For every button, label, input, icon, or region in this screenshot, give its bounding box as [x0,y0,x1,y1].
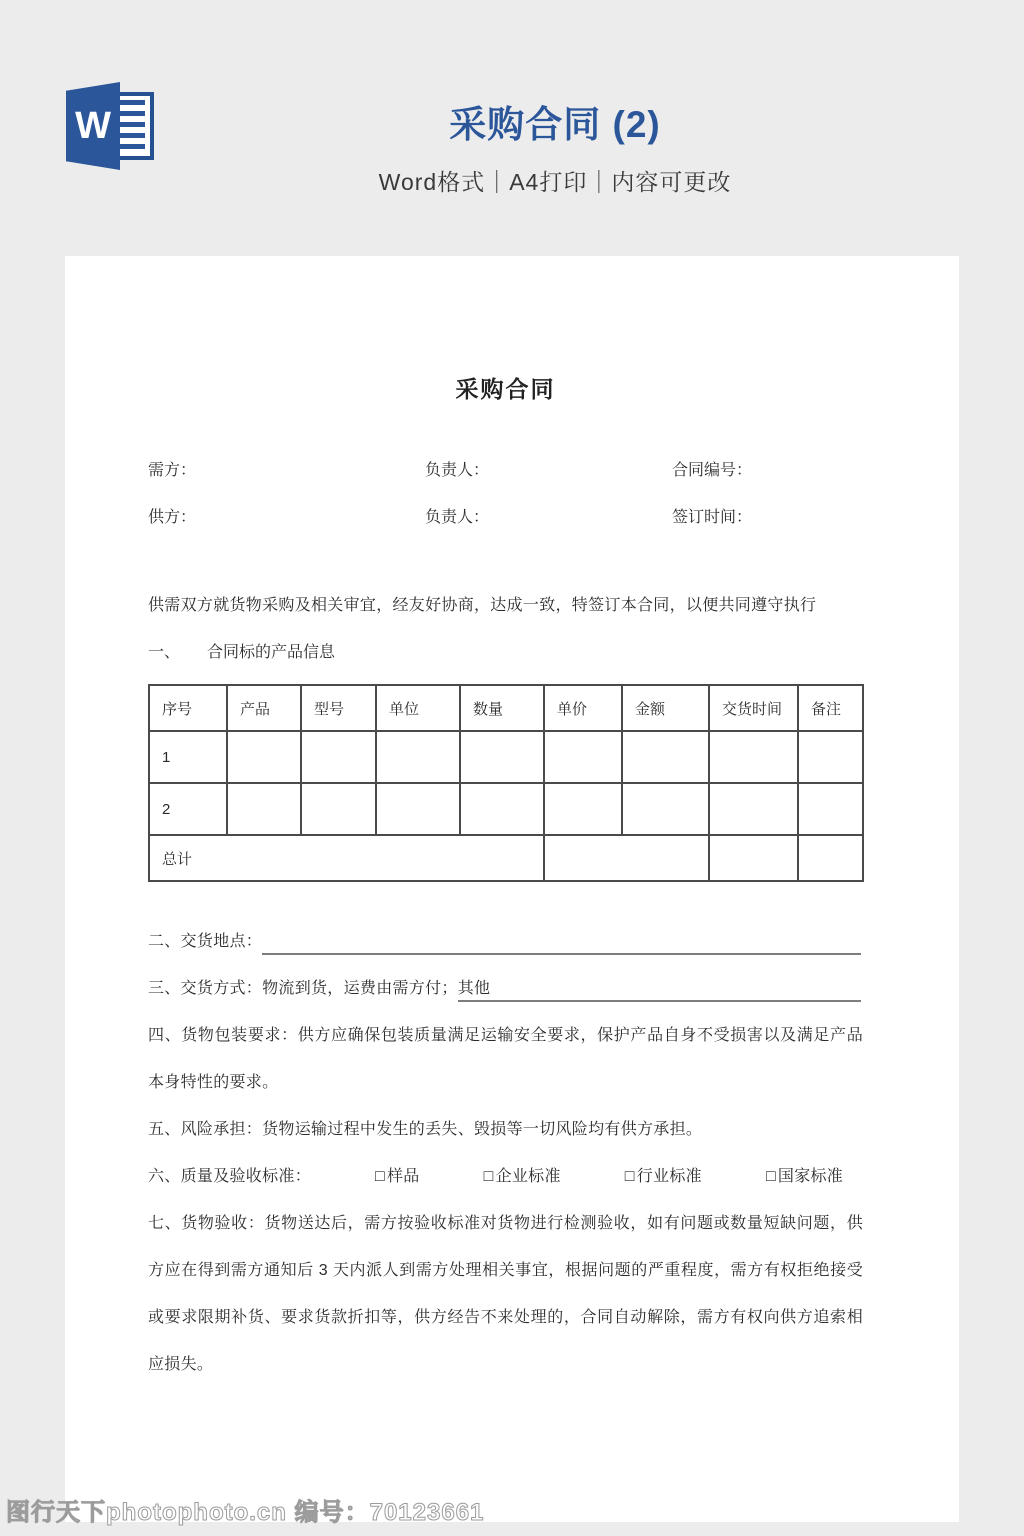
table-header-cell: 数量 [460,685,544,731]
table-cell [622,783,709,835]
document-content: 采购合同 需方： 负责人： 合同编号： 供方： 负责人： 签订时间： 供需双方就… [65,256,959,1388]
table-cell [709,731,798,783]
table-row: 2 [149,783,863,835]
table-header-cell: 金额 [622,685,709,731]
table-cell [798,783,863,835]
check-option-label: 样品 [387,1168,420,1185]
section-6-label: 六、质量及验收标准： [148,1153,311,1200]
check-option-label: 国家标准 [778,1168,843,1185]
table-cell [709,835,798,881]
check-option-sample: □样品 [375,1153,420,1200]
table-header-cell: 序号 [149,685,227,731]
table-cell [709,783,798,835]
table-header-cell: 单位 [376,685,460,731]
table-header-cell: 备注 [798,685,863,731]
row-number-cell: 2 [149,783,227,835]
document-page: 采购合同 需方： 负责人： 合同编号： 供方： 负责人： 签订时间： 供需双方就… [65,256,959,1522]
checkbox-icon: □ [625,1168,635,1185]
intro-paragraph: 供需双方就货物采购及相关审宜，经友好协商，达成一致，特签订本合同，以便共同遵守执… [148,595,863,617]
table-header-cell: 单价 [544,685,622,731]
page-subtitle: Word格式｜A4打印｜内容可更改 [86,164,1024,197]
table-cell [301,783,376,835]
section-1-heading: 一、 合同标的产品信息 [148,642,863,664]
table-cell [376,731,460,783]
checkbox-icon: □ [766,1168,776,1185]
table-total-row: 总计 [149,835,863,881]
section-1-number: 一、 [148,642,180,664]
row-number-cell: 1 [149,731,227,783]
check-option-label: 企业标准 [496,1168,561,1185]
table-cell [301,731,376,783]
section-2-label: 二、交货地点： [148,918,262,965]
table-cell [227,783,301,835]
doc-title: 采购合同 [148,256,863,404]
table-cell [460,731,544,783]
section-3: 三、交货方式：物流到货，运费由需方付； 其他 [148,965,863,1012]
table-cell [544,783,622,835]
contract-fields: 需方： 负责人： 合同编号： 供方： 负责人： 签订时间： [148,460,863,529]
check-option-industry: □行业标准 [625,1153,702,1200]
total-label-cell: 总计 [149,835,544,881]
checkbox-icon: □ [484,1168,494,1185]
field-sign-time-label: 签订时间： [672,507,863,529]
field-contract-number-label: 合同编号： [672,460,863,482]
check-option-enterprise: □企业标准 [484,1153,561,1200]
header: 采购合同 (2) Word格式｜A4打印｜内容可更改 [86,94,1024,197]
table-cell [376,783,460,835]
total-amount-cell [544,835,709,881]
product-table: 序号 产品 型号 单位 数量 单价 金额 交货时间 备注 1 [148,684,864,882]
contract-clauses: 二、交货地点： 三、交货方式：物流到货，运费由需方付； 其他 四、货物包装要求：… [148,918,863,1388]
check-option-label: 行业标准 [637,1168,702,1185]
page-title: 采购合同 (2) [86,94,1024,148]
section-5-paragraph: 五、风险承担：货物运输过程中发生的丢失、毁损等一切风险均有供方承担。 [148,1106,863,1153]
section-3-label: 三、交货方式：物流到货，运费由需方付； [148,965,458,1012]
table-cell [544,731,622,783]
watermark-text: 图行天下photophoto.cn 编号：70123661 [6,1492,484,1527]
section-7-paragraph: 七、货物验收：货物送达后，需方按验收标准对货物进行检测验收，如有问题或数量短缺问… [148,1200,863,1388]
section-6: 六、质量及验收标准： □样品 □企业标准 □行业标准 □国家标准 [148,1153,863,1200]
check-option-national: □国家标准 [766,1153,843,1200]
table-cell [798,835,863,881]
field-manager2-label: 负责人： [425,507,672,529]
section-1-title: 合同标的产品信息 [207,642,335,664]
section-4-paragraph: 四、货物包装要求：供方应确保包装质量满足运输安全要求，保护产品自身不受损害以及满… [148,1012,863,1106]
fields-row-2: 供方： 负责人： 签订时间： [148,507,863,529]
table-header-cell: 产品 [227,685,301,731]
blank-underline [262,918,863,965]
field-supplier-label: 供方： [148,507,425,529]
table-cell [798,731,863,783]
table-header-row: 序号 产品 型号 单位 数量 单价 金额 交货时间 备注 [149,685,863,731]
fields-row-1: 需方： 负责人： 合同编号： [148,460,863,482]
table-row: 1 [149,731,863,783]
table-cell [227,731,301,783]
section-2: 二、交货地点： [148,918,863,965]
field-buyer-label: 需方： [148,460,425,482]
checkbox-icon: □ [375,1168,385,1185]
table-header-cell: 型号 [301,685,376,731]
table-cell [460,783,544,835]
other-option-underline: 其他 [458,965,863,1012]
table-header-cell: 交货时间 [709,685,798,731]
field-manager1-label: 负责人： [425,460,672,482]
table-cell [622,731,709,783]
